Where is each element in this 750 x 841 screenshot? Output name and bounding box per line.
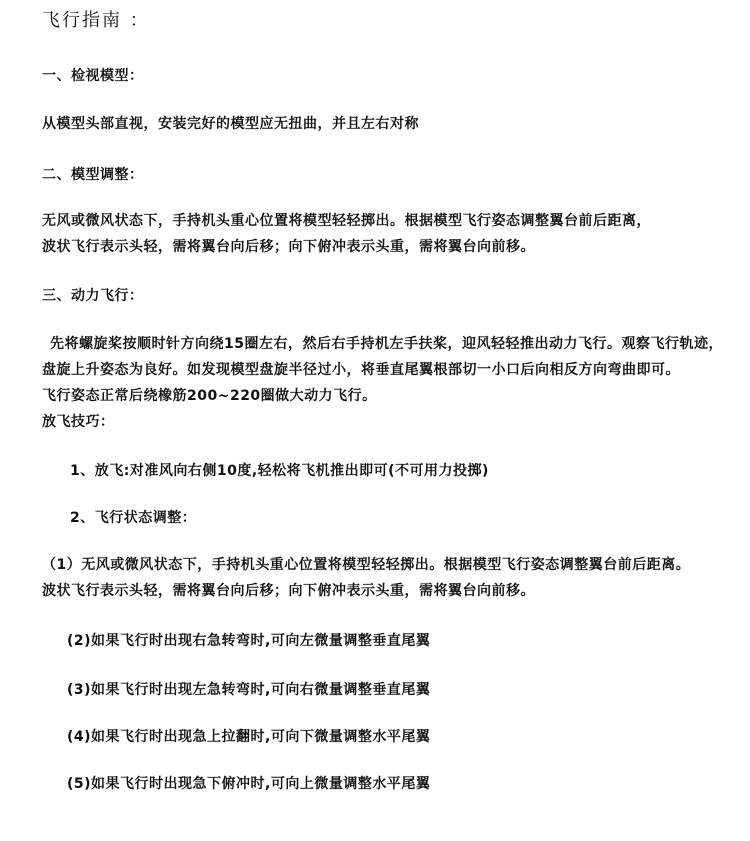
tip-2-detail-1: （1）无风或微风状态下，手持机头重心位置将模型轻轻掷出。根据模型飞行姿态调整翼台… <box>42 552 690 604</box>
section-2-heading: 二、模型调整： <box>42 167 144 183</box>
section-2-body: 无风或微风状态下，手持机头重心位置将模型轻轻掷出。根据模型飞行姿态调整翼台前后距… <box>42 208 651 260</box>
tip-2-detail-2: (2)如果飞行时出现右急转弯时,可向左微量调整垂直尾翼 <box>67 633 430 649</box>
tip-2-flight-state-adjust: 2、飞行状态调整： <box>70 510 196 526</box>
section-3-heading: 三、动力飞行： <box>42 288 144 304</box>
section-3-body: 先将螺旋桨按顺时针方向绕15圈左右，然后右手持机左手扶桨，迎风轻轻推出动力飞行。… <box>42 331 723 435</box>
document-page: 飞行指南 ： 一、检视模型： 从模型头部直视，安装完好的模型应无扭曲，并且左右对… <box>0 0 750 841</box>
section-1-heading: 一、检视模型： <box>42 68 144 84</box>
tip-2-detail-4: (4)如果飞行时出现急上拉翻时,可向下微量调整水平尾翼 <box>67 729 430 745</box>
tip-2-detail-5: (5)如果飞行时出现急下俯冲时,可向上微量调整水平尾翼 <box>67 776 430 792</box>
page-title: 飞行指南 ： <box>42 10 150 32</box>
tip-2-detail-3: (3)如果飞行时出现左急转弯时,可向右微量调整垂直尾翼 <box>67 682 430 698</box>
tip-1-launch: 1、放飞:对准风向右侧10度,轻松将飞机推出即可(不可用力投掷) <box>70 463 489 479</box>
section-1-body: 从模型头部直视，安装完好的模型应无扭曲，并且左右对称 <box>42 116 419 132</box>
